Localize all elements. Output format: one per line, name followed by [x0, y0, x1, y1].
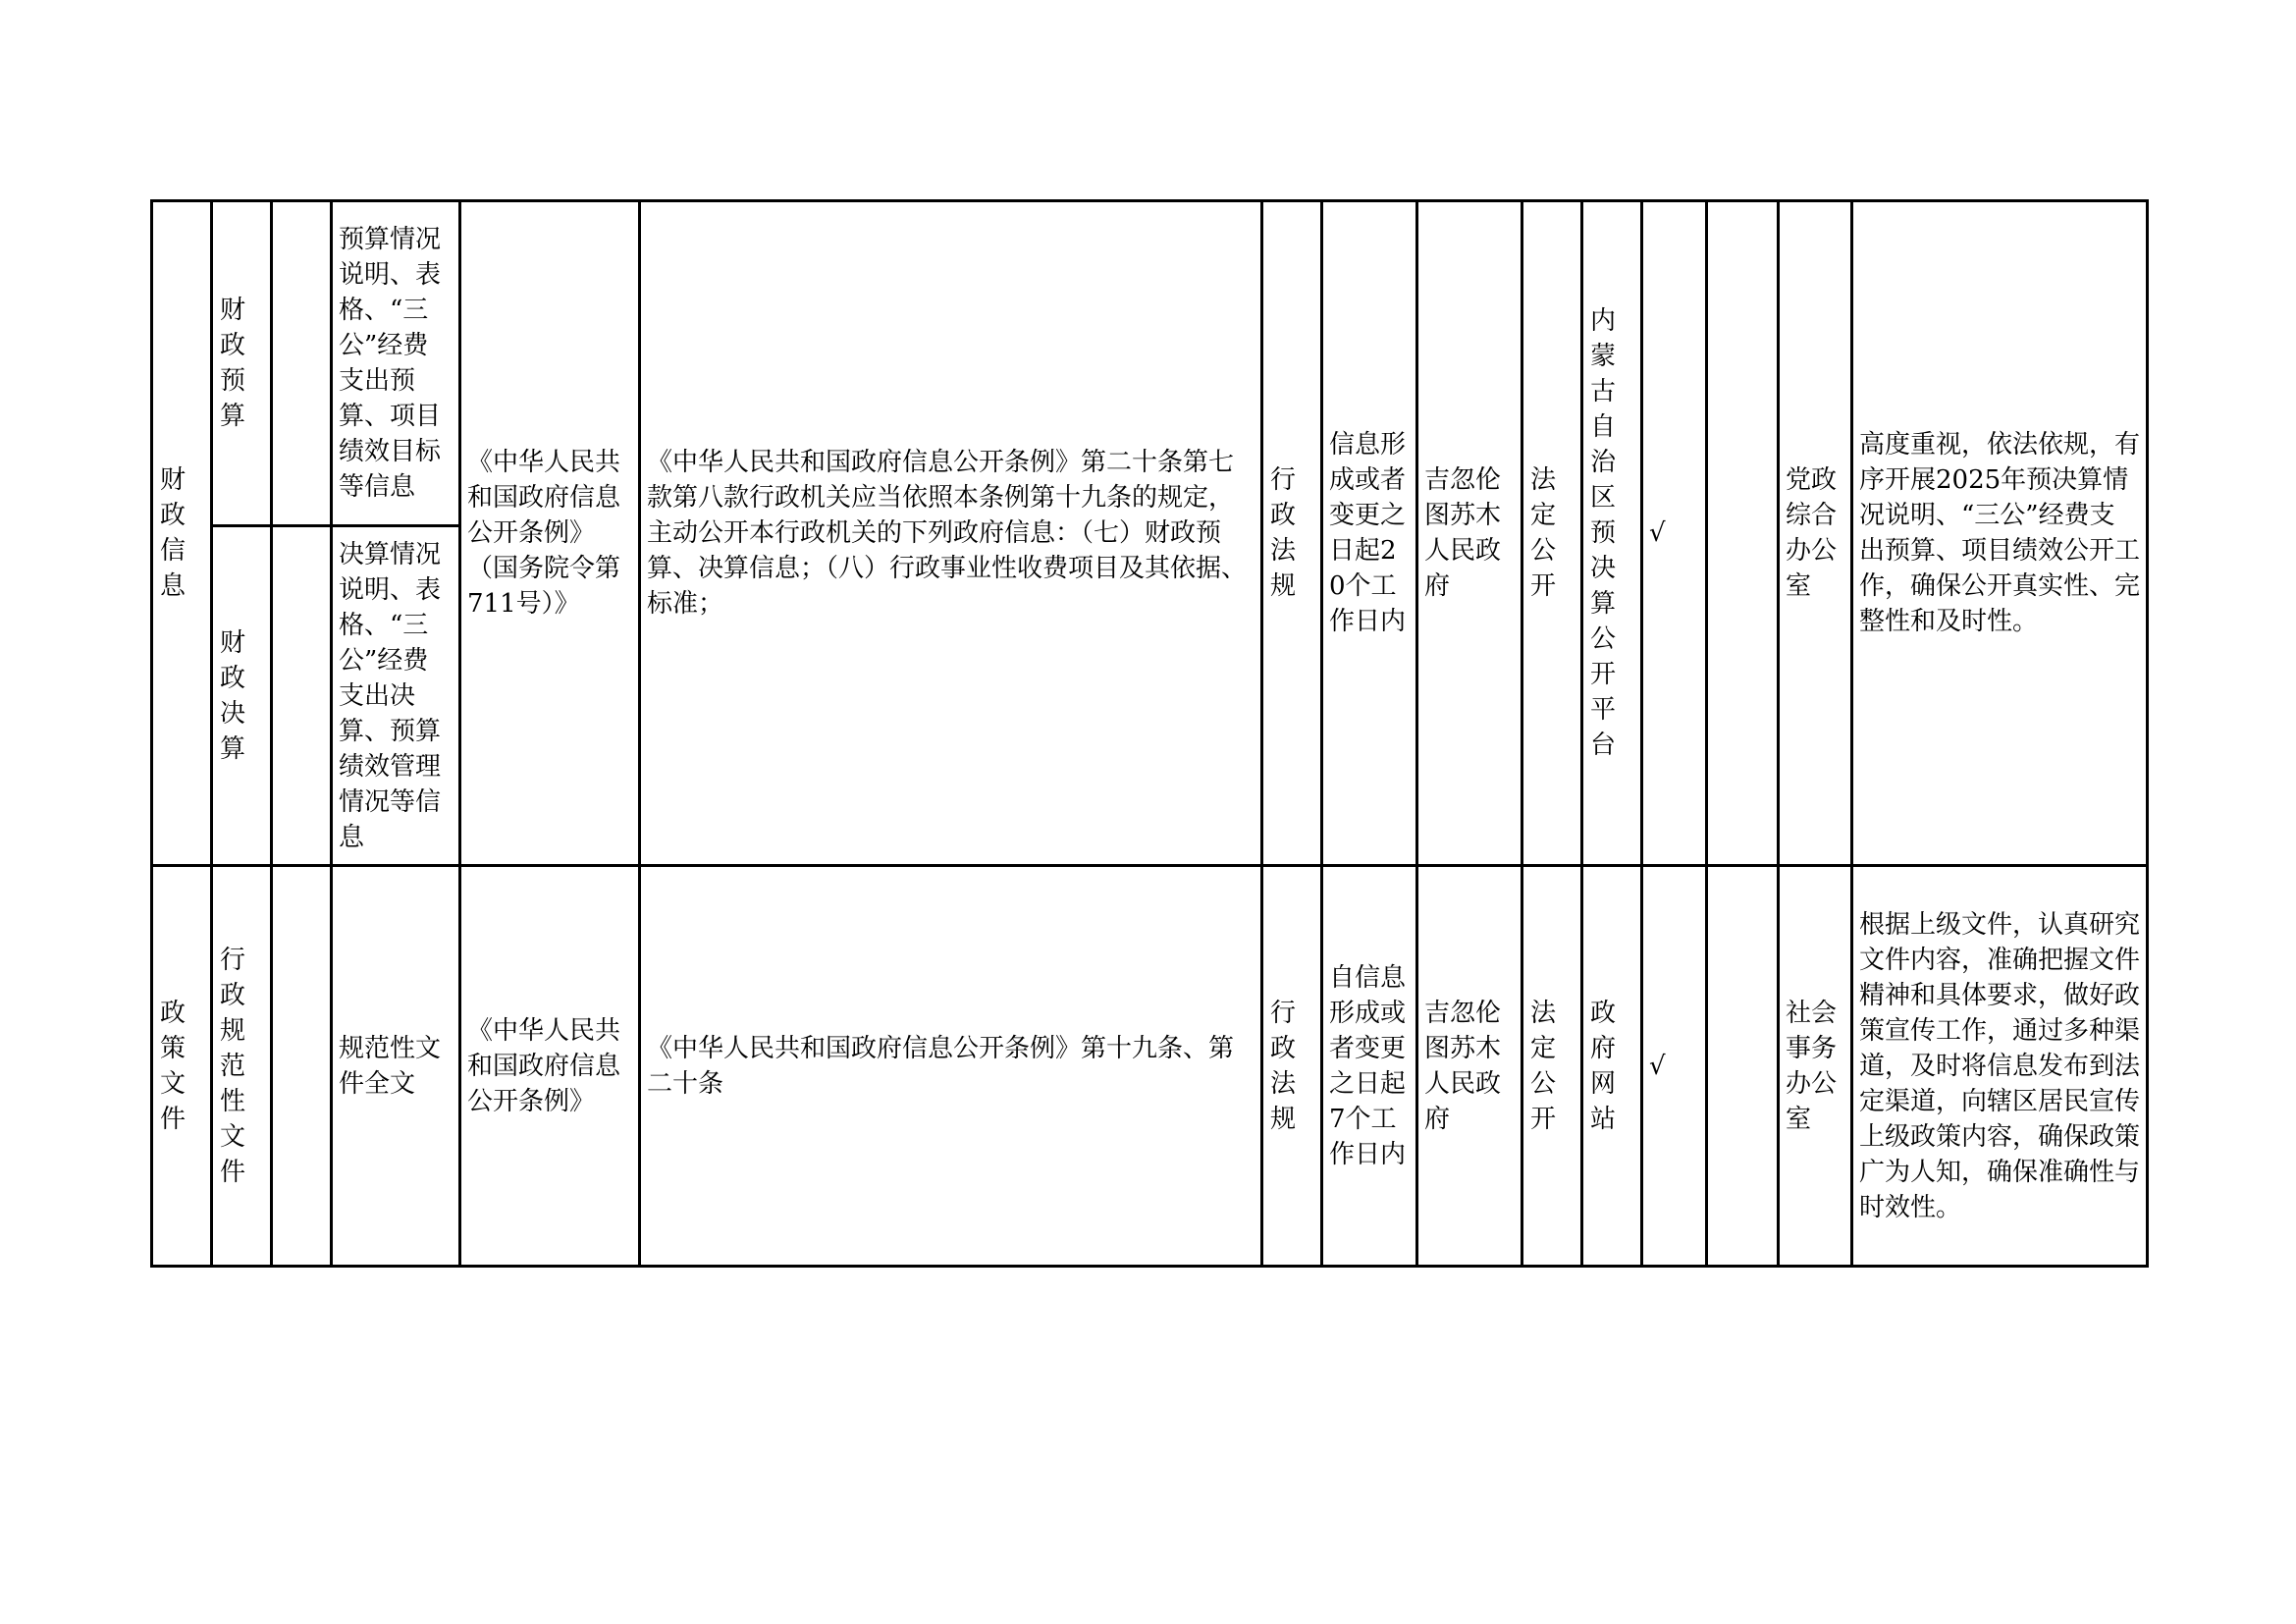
basis-type-cell: 行政法规 — [1262, 201, 1322, 866]
checkmark-icon: √ — [1649, 518, 1666, 548]
open-type-text: 法定公开 — [1529, 996, 1557, 1137]
category-text: 财政信息 — [159, 462, 187, 604]
notes-cell: 根据上级文件，认真研究文件内容，准确把握文件精神和具体要求，做好政策宣传工作，通… — [1852, 866, 2148, 1267]
notes-cell: 高度重视，依法依规，有序开展2025年预决算情况说明、“三公”经费支出预算、项目… — [1852, 201, 2148, 866]
checkmark-icon: √ — [1649, 1052, 1666, 1081]
category-cell: 政策文件 — [152, 866, 212, 1267]
table-row-policy-documents: 政策文件 行政规范性文件 规范性文件全文 《中华人民共和国政府信息公开条例》 《… — [152, 866, 2148, 1267]
table-row-fiscal-budget: 财政信息 财政预算 预算情况说明、表格、“三公”经费支出预算、项目绩效目标等信息… — [152, 201, 2148, 526]
open-type-cell: 法定公开 — [1522, 866, 1582, 1267]
checkmark-cell: √ — [1642, 201, 1707, 866]
subcategory-cell: 财政预算 — [212, 201, 272, 526]
subcategory-text: 财政预算 — [219, 293, 246, 434]
basis-document-cell: 《中华人民共和国政府信息公开条例》 — [460, 866, 640, 1267]
time-limit-cell: 信息形成或者变更之日起20个工作日内 — [1322, 201, 1417, 866]
category-cell: 财政信息 — [152, 201, 212, 866]
basis-type-cell: 行政法规 — [1262, 866, 1322, 1267]
blank-cell — [272, 526, 332, 866]
open-type-text: 法定公开 — [1529, 462, 1557, 604]
basis-type-text: 行政法规 — [1269, 462, 1297, 604]
category-text: 政策文件 — [159, 996, 187, 1137]
basis-text-cell: 《中华人民共和国政府信息公开条例》第二十条第七款第八款行政机关应当依照本条例第十… — [640, 201, 1262, 866]
blank-check-cell — [1707, 201, 1779, 866]
blank-cell — [272, 866, 332, 1267]
subcategory-cell: 财政决算 — [212, 526, 272, 866]
subcategory-cell: 行政规范性文件 — [212, 866, 272, 1267]
disclosure-standards-table: 财政信息 财政预算 预算情况说明、表格、“三公”经费支出预算、项目绩效目标等信息… — [150, 199, 2149, 1268]
basis-text-cell: 《中华人民共和国政府信息公开条例》第十九条、第二十条 — [640, 866, 1262, 1267]
open-type-cell: 法定公开 — [1522, 201, 1582, 866]
subject-cell: 吉忽伦图苏木人民政府 — [1417, 866, 1522, 1267]
subject-cell: 吉忽伦图苏木人民政府 — [1417, 201, 1522, 866]
time-limit-cell: 自信息形成或者变更之日起7个工作日内 — [1322, 866, 1417, 1267]
subcategory-text: 行政规范性文件 — [219, 943, 246, 1190]
content-cell: 预算情况说明、表格、“三公”经费支出预算、项目绩效目标等信息 — [332, 201, 460, 526]
department-cell: 社会事务办公室 — [1779, 866, 1852, 1267]
basis-document-cell: 《中华人民共和国政府信息公开条例》（国务院令第711号）》 — [460, 201, 640, 866]
channel-cell: 内蒙古自治区预决算公开平台 — [1582, 201, 1642, 866]
blank-check-cell — [1707, 866, 1779, 1267]
channel-cell: 政府网站 — [1582, 866, 1642, 1267]
checkmark-cell: √ — [1642, 866, 1707, 1267]
basis-type-text: 行政法规 — [1269, 996, 1297, 1137]
channel-text: 内蒙古自治区预决算公开平台 — [1589, 303, 1617, 763]
blank-cell — [272, 201, 332, 526]
content-cell: 规范性文件全文 — [332, 866, 460, 1267]
channel-text: 政府网站 — [1589, 996, 1617, 1137]
subcategory-text: 财政决算 — [219, 625, 246, 767]
content-cell: 决算情况说明、表格、“三公”经费支出决算、预算绩效管理情况等信息 — [332, 526, 460, 866]
department-cell: 党政综合办公室 — [1779, 201, 1852, 866]
document-page: 财政信息 财政预算 预算情况说明、表格、“三公”经费支出预算、项目绩效目标等信息… — [0, 0, 2296, 1624]
